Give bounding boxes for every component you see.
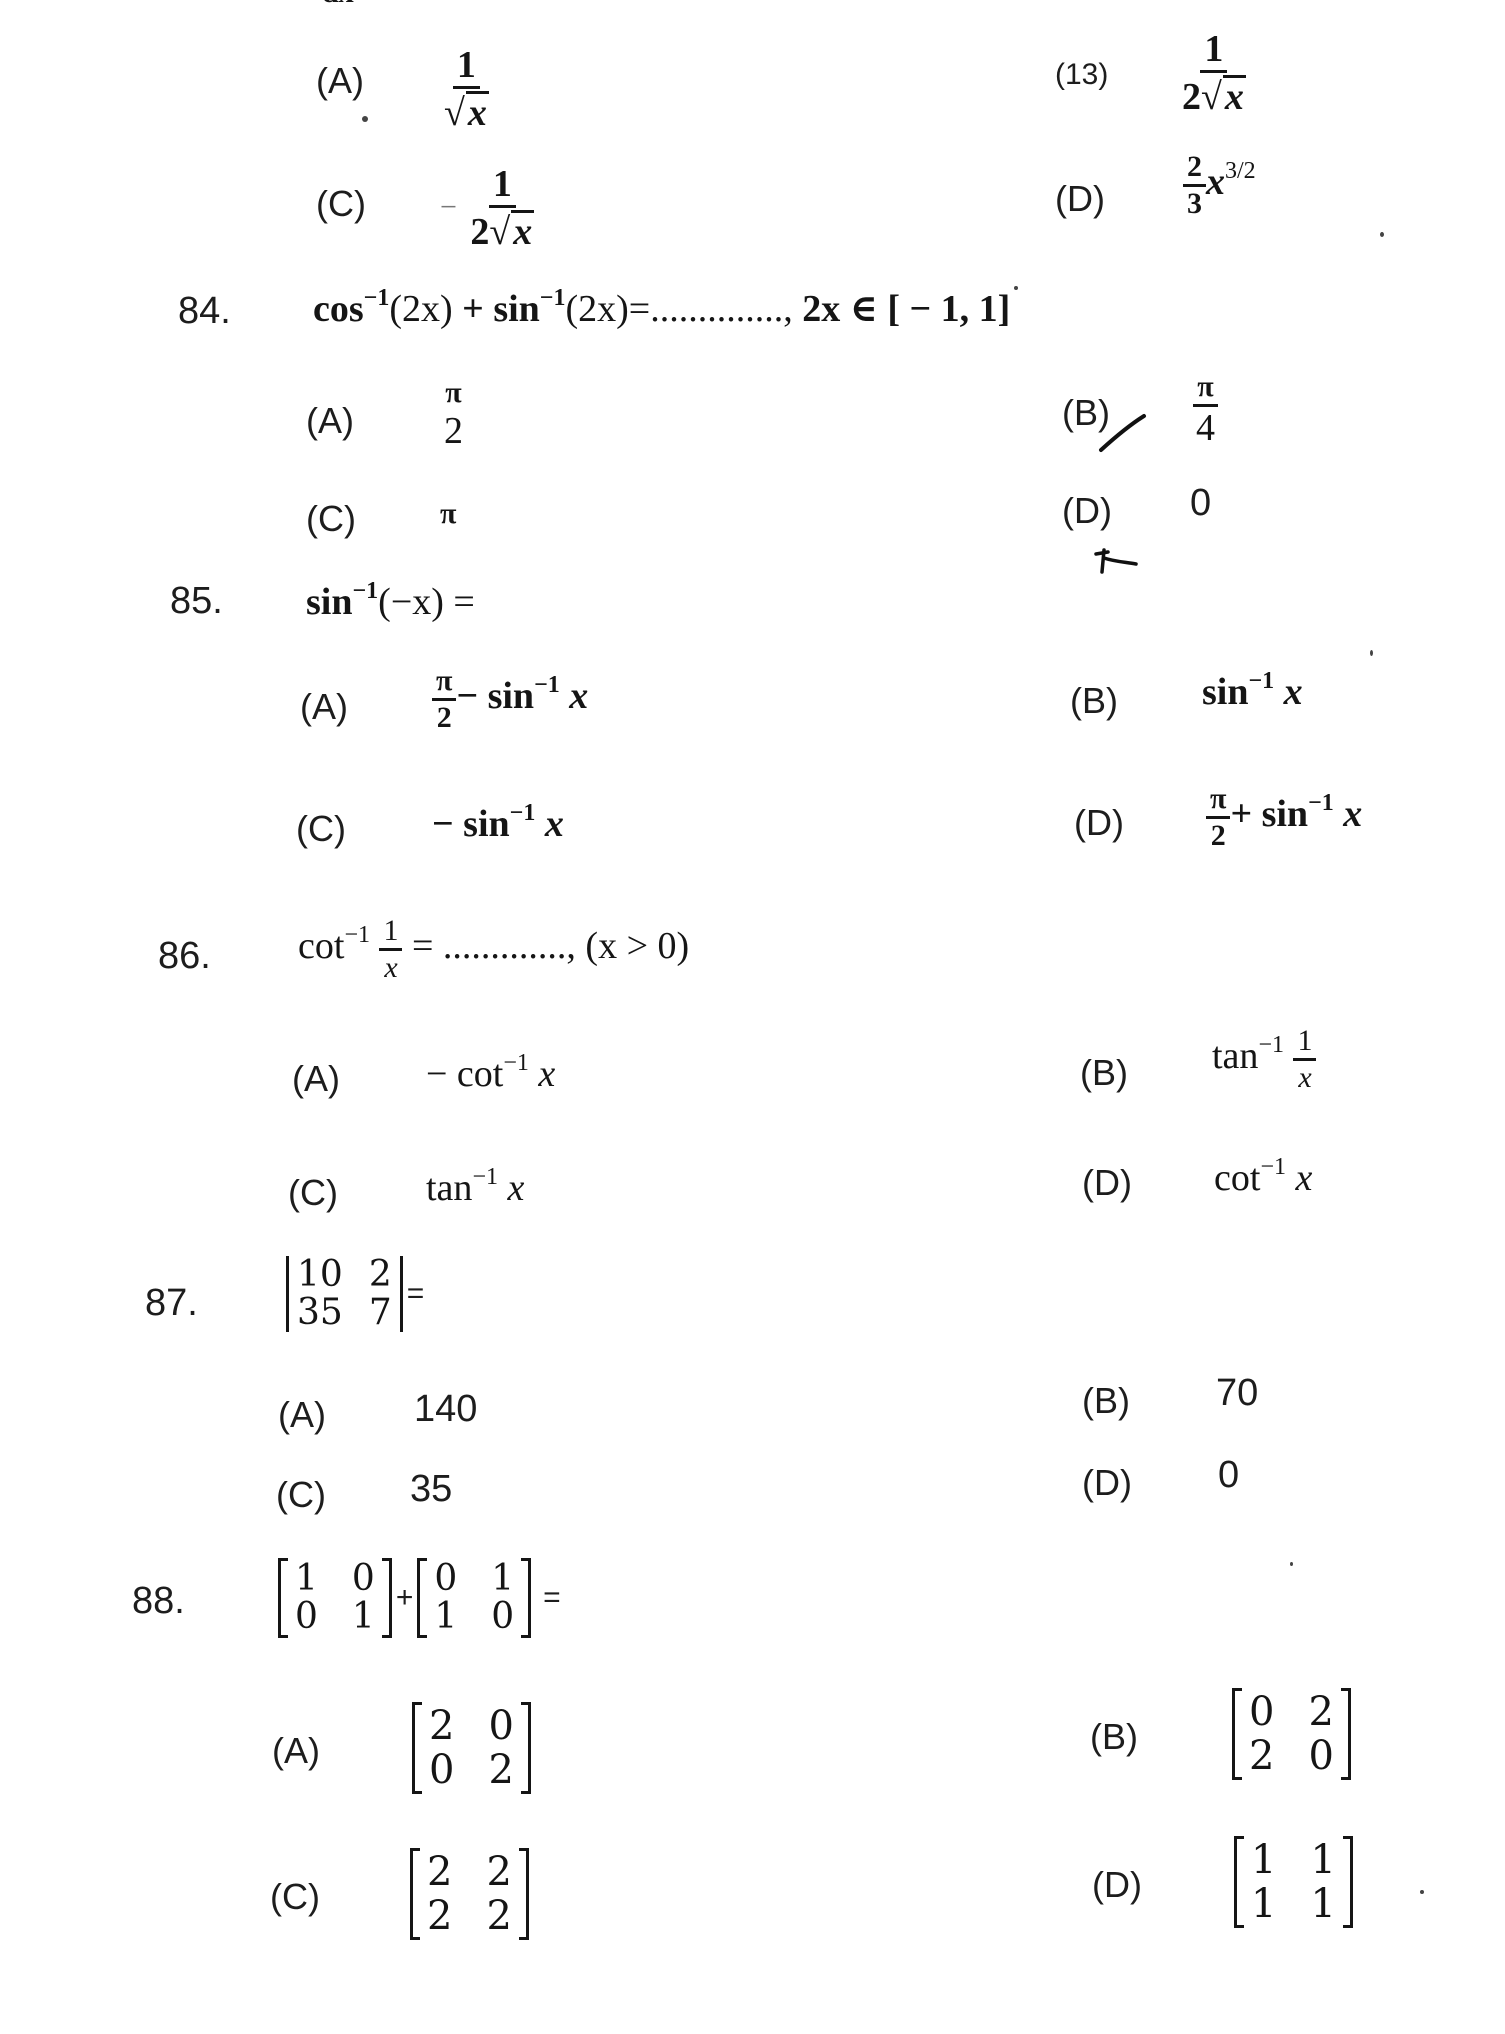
q85-option-c-value: − sin−1 x: [432, 800, 564, 846]
q88-option-d-label: (D): [1092, 1864, 1142, 1906]
q88-option-c-matrix: 22 22: [410, 1848, 529, 1940]
q85-stem: sin−1(−x) =: [306, 578, 475, 624]
q84-option-d-label: (D): [1062, 490, 1112, 532]
q88-number: 88.: [132, 1580, 185, 1623]
scan-speck: [1420, 1890, 1424, 1894]
q83-option-d-value: 23x3/2: [1183, 152, 1256, 219]
q83-option-a-value: 1√x: [440, 46, 493, 132]
q88-option-a-matrix: 20 02: [412, 1702, 531, 1794]
q83-option-c-value: − 12√x: [440, 165, 538, 251]
q87-option-c-label: (C): [276, 1474, 326, 1516]
q84-option-c-value: π: [440, 497, 456, 531]
q83-option-a-label: (A): [316, 60, 364, 102]
q86-option-b-label: (B): [1080, 1052, 1128, 1094]
q86-number: 86.: [158, 935, 211, 978]
q88-option-b-matrix: 02 20: [1232, 1688, 1351, 1780]
ink-speck: [362, 116, 368, 122]
q86-option-a-label: (A): [292, 1058, 340, 1100]
q84-option-c-label: (C): [306, 498, 356, 540]
q83-option-b-label: (13): [1055, 58, 1108, 92]
scan-speck: [1290, 1562, 1293, 1566]
matrix-2: 01 10: [417, 1558, 531, 1638]
q87-number: 87.: [145, 1282, 198, 1325]
q83-option-d-label: (D): [1055, 178, 1105, 220]
handwritten-tick-icon: [1098, 408, 1150, 454]
q87-option-c-value: 35: [410, 1468, 452, 1511]
cutoff-text: dx: [322, 0, 354, 10]
q84-stem: cos−1(2x) + sin−1(2x)=.............., 2x…: [313, 285, 1010, 331]
q87-option-b-label: (B): [1082, 1380, 1130, 1422]
q83-option-c-label: (C): [316, 183, 366, 225]
q86-option-d-label: (D): [1082, 1162, 1132, 1204]
q84-option-d-value: 0: [1190, 482, 1211, 525]
q86-stem: cot−1 1x = ............., (x > 0): [298, 916, 689, 983]
q84-number: 84.: [178, 290, 231, 333]
q87-option-a-value: 140: [414, 1388, 477, 1431]
q85-option-c-label: (C): [296, 808, 346, 850]
scan-speck: [1380, 232, 1384, 237]
q87-option-d-value: 0: [1218, 1454, 1239, 1497]
q86-option-c-value: tan−1 x: [426, 1164, 524, 1210]
q86-option-a-value: − cot−1 x: [426, 1050, 555, 1096]
q88-option-d-matrix: 11 11: [1234, 1836, 1353, 1928]
q85-option-d-value: π2+ sin−1 x: [1206, 784, 1362, 851]
scan-speck: [1370, 650, 1373, 656]
scan-speck: [1014, 286, 1018, 290]
q85-option-d-label: (D): [1074, 802, 1124, 844]
q87-determinant: 102 357 =: [286, 1256, 424, 1332]
q87-option-a-label: (A): [278, 1394, 326, 1436]
determinant-matrix: 102 357: [286, 1256, 403, 1332]
q83-option-b-value: 12√x: [1178, 30, 1250, 116]
q86-option-b-value: tan−1 1x: [1212, 1026, 1316, 1093]
q88-option-a-label: (A): [272, 1730, 320, 1772]
q87-option-d-label: (D): [1082, 1462, 1132, 1504]
matrix-1: 10 01: [278, 1558, 392, 1638]
q85-option-a-label: (A): [300, 686, 348, 728]
q88-option-c-label: (C): [270, 1876, 320, 1918]
q85-option-b-label: (B): [1070, 680, 1118, 722]
q85-option-b-value: sin−1 x: [1202, 668, 1303, 714]
handwritten-mark-icon: [1094, 544, 1140, 576]
q85-number: 85.: [170, 580, 223, 623]
q88-option-b-label: (B): [1090, 1716, 1138, 1758]
q86-option-d-value: cot−1 x: [1214, 1154, 1312, 1200]
q85-option-a-value: π2− sin−1 x: [432, 666, 588, 733]
q87-option-b-value: 70: [1216, 1372, 1258, 1415]
q84-option-a-value: π2: [440, 378, 467, 450]
q88-expression: 10 01 + 01 10 =: [278, 1558, 561, 1638]
q84-option-a-label: (A): [306, 400, 354, 442]
q84-option-b-value: π4: [1192, 372, 1219, 447]
q86-option-c-label: (C): [288, 1172, 338, 1214]
